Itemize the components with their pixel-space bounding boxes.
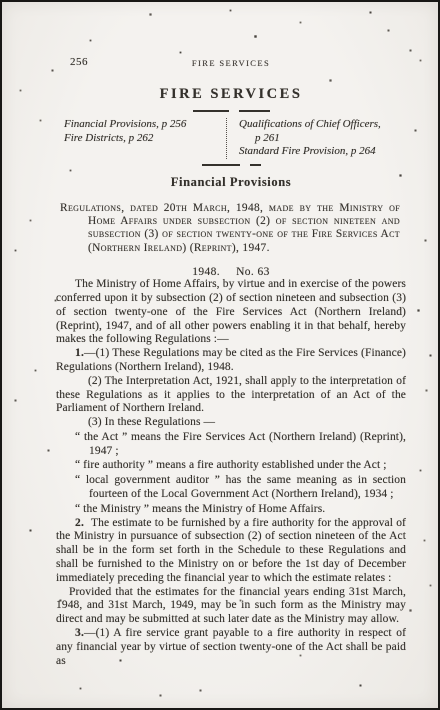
index-entry: Qualifications of Chief Officers, — [239, 118, 406, 132]
paragraph-reg1-sub2: (2) The Interpretation Act, 1921, shall … — [56, 375, 406, 416]
preamble-smallcaps: Regulations, dated 20th March, 1948, mad… — [60, 202, 400, 256]
paragraph-reg2: 2.The estimate to be furnished by a fire… — [56, 517, 406, 586]
definition-item: “ local government auditor ” has the sam… — [56, 474, 406, 502]
regulation-number: 3. — [75, 627, 84, 639]
paragraph-reg3: 3.—(1) A fire service grant payable to a… — [56, 627, 406, 668]
regulation-text: —(1) A fire service grant payable to a f… — [56, 627, 406, 667]
regulation-text: The estimate to be furnished by a fire a… — [56, 517, 406, 584]
index-entry: Standard Fire Provision, p 264 — [239, 145, 406, 159]
rule-segment — [193, 110, 229, 112]
rule-segment — [202, 164, 240, 166]
page-header: 256 Fire Services — [56, 56, 406, 71]
rule-segment — [239, 110, 270, 112]
paragraph-proviso: Provided that the estimates for the fina… — [56, 586, 406, 627]
instrument-no: No. 63 — [236, 266, 270, 278]
main-heading: FIRE SERVICES — [56, 86, 406, 103]
regulation-number: 2. — [75, 517, 84, 529]
rule-segment — [250, 164, 261, 166]
paragraph-intro: The Ministry of Home Affairs, by virtue … — [56, 278, 406, 347]
index-block: Financial Provisions, p 256 Fire Distric… — [56, 118, 406, 159]
scanned-document-page: 256 Fire Services FIRE SERVICES Financia… — [0, 0, 440, 710]
divider-rule-bottom — [56, 164, 406, 166]
index-left-column: Financial Provisions, p 256 Fire Distric… — [56, 118, 218, 159]
divider-rule-top — [56, 110, 406, 112]
definition-item: “ the Act ” means the Fire Services Act … — [56, 431, 406, 459]
definition-item: “ the Ministry ” means the Ministry of H… — [56, 503, 406, 517]
index-entry: Financial Provisions, p 256 — [64, 118, 218, 132]
running-header: Fire Services — [192, 58, 270, 68]
index-entry-continuation: p 261 — [239, 132, 406, 146]
index-right-column: Qualifications of Chief Officers, p 261 … — [226, 118, 406, 159]
paragraph-reg1-sub3: (3) In these Regulations — — [56, 416, 406, 430]
index-entry: Fire Districts, p 262 — [64, 132, 218, 146]
instrument-year: 1948. — [192, 266, 220, 278]
section-heading: Financial Provisions — [56, 175, 406, 190]
regulation-number: 1. — [75, 347, 84, 359]
definitions-list: “ the Act ” means the Fire Services Act … — [56, 431, 406, 517]
definition-item: “ fire authority ” means a fire authorit… — [56, 459, 406, 473]
regulation-text: —(1) These Regulations may be cited as t… — [56, 347, 406, 373]
paragraph-reg1: 1.—(1) These Regulations may be cited as… — [56, 347, 406, 375]
page-number: 256 — [70, 56, 88, 68]
page-content: 256 Fire Services FIRE SERVICES Financia… — [0, 0, 440, 710]
instrument-number: 1948.No. 63 — [56, 266, 406, 278]
